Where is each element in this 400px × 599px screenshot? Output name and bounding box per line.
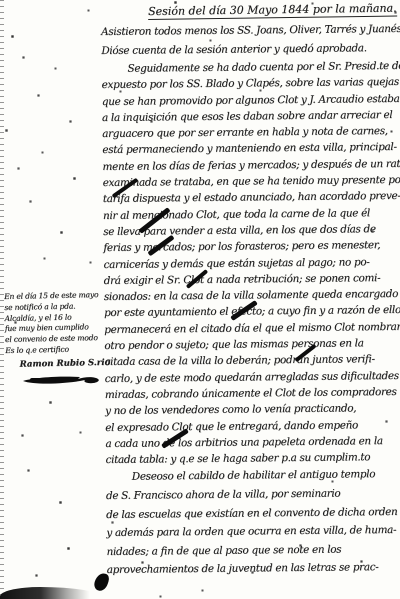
- margin-note-line: Es lo q.e certifico: [5, 344, 102, 357]
- session-heading: Sesión del día 30 Mayo 1844 por la mañan…: [148, 2, 397, 20]
- manuscript-line: y además para la orden que ocurra en est…: [106, 521, 400, 543]
- manuscript-line: Deseoso el cabildo de habilitar el antig…: [106, 465, 400, 487]
- scan-noise: [0, 0, 1, 1]
- paragraph: Deseoso el cabildo de habilitar el antig…: [106, 465, 400, 580]
- margin-note-line: En el día 15 de este mayo: [4, 290, 101, 303]
- manuscript-page: Sesión del día 30 Mayo 1844 por la mañan…: [0, 0, 400, 599]
- margin-note-signature: Ramon Rubio S.rio: [19, 358, 102, 371]
- margin-note: En el día 15 de este mayose notificó a l…: [4, 290, 103, 371]
- margin-note-lines: En el día 15 de este mayose notificó a l…: [4, 290, 102, 357]
- paragraph: Seguidamente se ha dado cuenta por el Sr…: [101, 58, 400, 469]
- ink-blot: [93, 571, 111, 592]
- manuscript-body: Asistieron todos menos los SS. Joans, Ol…: [101, 20, 400, 580]
- signature-rubric-flourish: [22, 372, 104, 388]
- page-corner-shadow: [0, 587, 102, 599]
- manuscript-line: aprovechamientos de la juventud en las l…: [107, 558, 400, 580]
